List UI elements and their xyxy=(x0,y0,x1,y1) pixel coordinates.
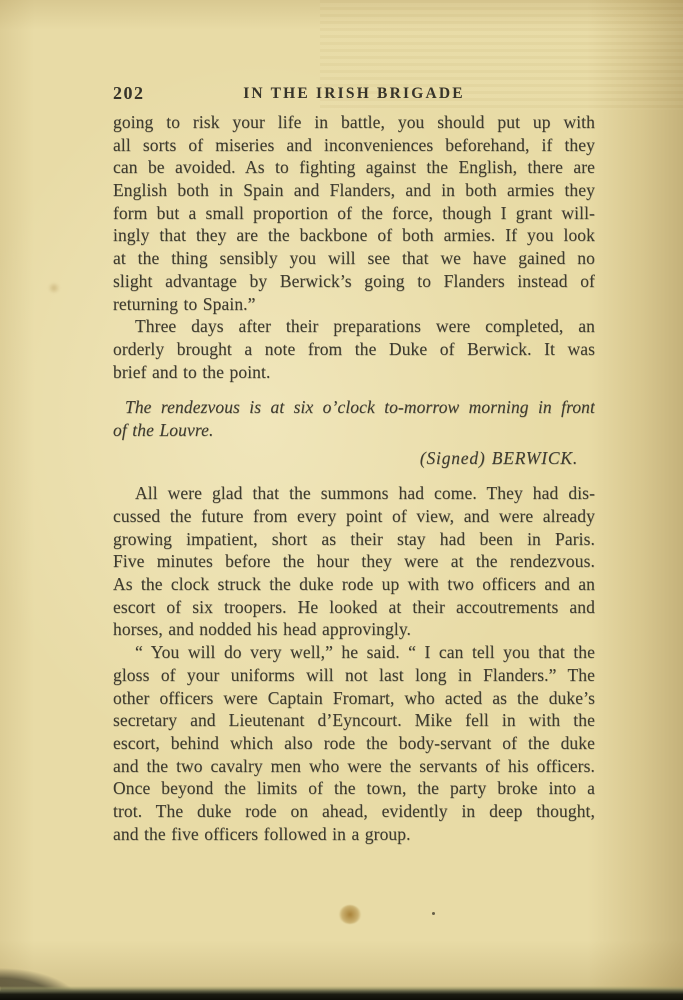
paragraph-all-were-glad: All were glad that the summons had come.… xyxy=(113,482,595,641)
text-line: at the thing sensibly you will see that … xyxy=(113,247,595,270)
text-line: brief and to the point. xyxy=(113,361,595,384)
text-line: all sorts of miseries and inconveniences… xyxy=(113,134,595,157)
text-line: and the five officers followed in a grou… xyxy=(113,823,595,846)
text-line: of the Louvre. xyxy=(113,419,595,442)
text-line: other officers were Captain Fromart, who… xyxy=(113,687,595,710)
text-line: “ You will do very well,” he said. “ I c… xyxy=(113,641,595,664)
page-body: going to risk your life in battle, you s… xyxy=(113,111,595,845)
paragraph-continued: going to risk your life in battle, you s… xyxy=(113,111,595,315)
text-line: gloss of your uniforms will not last lon… xyxy=(113,664,595,687)
text-line: horses, and nodded his head approvingly. xyxy=(113,618,595,641)
text-line: Three days after their preparations were… xyxy=(113,315,595,338)
page-header: 202 IN THE IRISH BRIGADE xyxy=(113,83,595,103)
paragraph-you-will-do: “ You will do very well,” he said. “ I c… xyxy=(113,641,595,845)
text-line: Five minutes before the hour they were a… xyxy=(113,550,595,573)
text-line: English both in Spain and Flanders, and … xyxy=(113,179,595,202)
text-line: (Signed) BERWICK. xyxy=(113,447,595,470)
text-line: form but a small proportion of the force… xyxy=(113,202,595,225)
text-line: ingly that they are the backbone of both… xyxy=(113,224,595,247)
text-line: can be avoided. As to fighting against t… xyxy=(113,156,595,179)
text-line: slight advantage by Berwick’s going to F… xyxy=(113,270,595,293)
paragraph-three-days: Three days after their preparations were… xyxy=(113,315,595,383)
text-line: going to risk your life in battle, you s… xyxy=(113,111,595,134)
text-line: returning to Spain.” xyxy=(113,293,595,316)
text-line: The rendezvous is at six o’clock to-morr… xyxy=(113,396,595,419)
text-line: Once beyond the limits of the town, the … xyxy=(113,777,595,800)
ink-speck xyxy=(432,912,435,915)
text-line: cussed the future from every point of vi… xyxy=(113,505,595,528)
note-signature: (Signed) BERWICK. xyxy=(113,447,595,470)
page-bottom-edge xyxy=(0,986,683,1000)
text-line: secretary and Lieutenant d’Eyncourt. Mik… xyxy=(113,709,595,732)
text-line: escort of six troopers. He looked at the… xyxy=(113,596,595,619)
text-line: As the clock struck the duke rode up wit… xyxy=(113,573,595,596)
text-line: and the two cavalry men who were the ser… xyxy=(113,755,595,778)
text-line: growing impatient, short as their stay h… xyxy=(113,528,595,551)
text-line: orderly brought a note from the Duke of … xyxy=(113,338,595,361)
text-line: trot. The duke rode on ahead, evidently … xyxy=(113,800,595,823)
faint-smudge xyxy=(48,283,60,293)
text-line: All were glad that the summons had come.… xyxy=(113,482,595,505)
brown-stain xyxy=(339,905,361,924)
running-title: IN THE IRISH BRIGADE xyxy=(113,85,595,103)
text-line: escort, behind which also rode the body-… xyxy=(113,732,595,755)
note-block: The rendezvous is at six o’clock to-morr… xyxy=(113,396,595,441)
book-page-scan: 202 IN THE IRISH BRIGADE going to risk y… xyxy=(0,0,683,1000)
